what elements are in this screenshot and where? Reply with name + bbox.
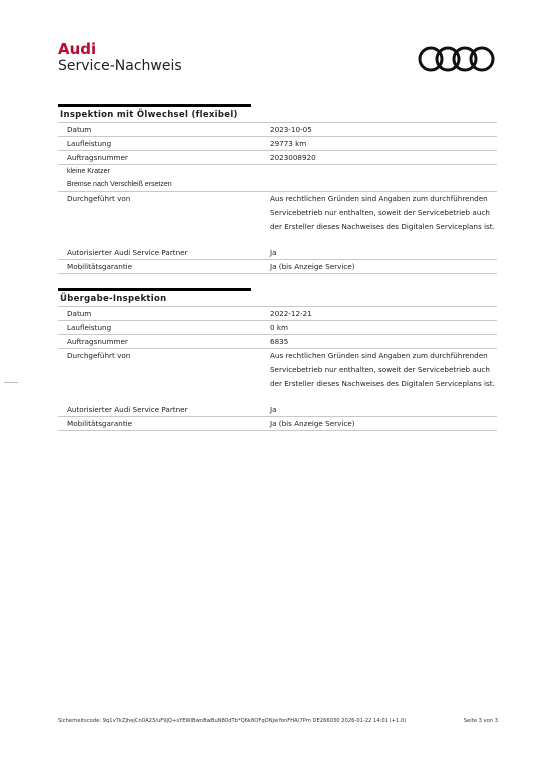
row-laufleistung: Laufleistung 0 km	[58, 320, 497, 334]
brand-name: Audi	[58, 40, 96, 58]
section-title: Übergabe-Inspektion	[58, 291, 497, 306]
note-row: kleine Kratzer	[58, 164, 497, 178]
label-datum: Datum	[58, 307, 267, 320]
row-auftragsnummer: Auftragsnummer 6835	[58, 334, 497, 348]
label-datum: Datum	[58, 123, 267, 136]
label-service-partner: Autorisierter Audi Service Partner	[58, 403, 267, 416]
row-datum: Datum 2022-12-21	[58, 306, 497, 320]
security-code: Sicherheitscode: 9q1v7kZjhejCn0A23/uF9jQ…	[58, 718, 456, 724]
section-inspektion-oelwechsel: Inspektion mit Ölwechsel (flexibel) Datu…	[58, 104, 497, 274]
row-datum: Datum 2023-10-05	[58, 122, 497, 136]
value-mobilitaetsgarantie: Ja (bis Anzeige Service)	[267, 260, 497, 273]
label-durchgefuehrt-von: Durchgeführt von	[58, 192, 267, 234]
section-title: Inspektion mit Ölwechsel (flexibel)	[58, 107, 497, 122]
note-text: Bremse nach Verschleiß ersetzen	[58, 178, 172, 191]
fold-mark	[4, 382, 18, 383]
label-laufleistung: Laufleistung	[58, 321, 267, 334]
row-mobilitaetsgarantie: Mobilitätsgarantie Ja (bis Anzeige Servi…	[58, 416, 497, 430]
document-title: Service-Nachweis	[58, 58, 182, 74]
page-footer: Sicherheitscode: 9q1v7kZjhejCn0A23/uF9jQ…	[58, 718, 498, 724]
note-text: kleine Kratzer	[58, 165, 110, 178]
page-number: Seite 3 von 3	[456, 718, 498, 724]
label-durchgefuehrt-von: Durchgeführt von	[58, 349, 267, 391]
value-service-partner: Ja	[267, 246, 497, 259]
value-datum: 2023-10-05	[267, 123, 497, 136]
value-service-partner: Ja	[267, 403, 497, 416]
row-mobilitaetsgarantie: Mobilitätsgarantie Ja (bis Anzeige Servi…	[58, 259, 497, 273]
row-durchgefuehrt-von: Durchgeführt von Aus rechtlichen Gründen…	[58, 348, 497, 403]
row-service-partner: Autorisierter Audi Service Partner Ja	[58, 403, 497, 416]
row-durchgefuehrt-von: Durchgeführt von Aus rechtlichen Gründen…	[58, 191, 497, 246]
value-laufleistung: 29773 km	[267, 137, 497, 150]
row-laufleistung: Laufleistung 29773 km	[58, 136, 497, 150]
value-durchgefuehrt-von: Aus rechtlichen Gründen sind Angaben zum…	[267, 349, 497, 391]
label-mobilitaetsgarantie: Mobilitätsgarantie	[58, 417, 267, 430]
label-auftragsnummer: Auftragsnummer	[58, 151, 267, 164]
section-bottom-rule	[58, 273, 497, 274]
value-laufleistung: 0 km	[267, 321, 497, 334]
section-bottom-rule	[58, 430, 497, 431]
value-mobilitaetsgarantie: Ja (bis Anzeige Service)	[267, 417, 497, 430]
section-uebergabe-inspektion: Übergabe-Inspektion Datum 2022-12-21 Lau…	[58, 288, 497, 431]
label-auftragsnummer: Auftragsnummer	[58, 335, 267, 348]
audi-rings-logo-icon	[418, 44, 498, 74]
value-auftragsnummer: 2023008920	[267, 151, 497, 164]
row-service-partner: Autorisierter Audi Service Partner Ja	[58, 246, 497, 259]
row-auftragsnummer: Auftragsnummer 2023008920	[58, 150, 497, 164]
value-auftragsnummer: 6835	[267, 335, 497, 348]
label-service-partner: Autorisierter Audi Service Partner	[58, 246, 267, 259]
value-durchgefuehrt-von: Aus rechtlichen Gründen sind Angaben zum…	[267, 192, 497, 234]
value-datum: 2022-12-21	[267, 307, 497, 320]
label-mobilitaetsgarantie: Mobilitätsgarantie	[58, 260, 267, 273]
label-laufleistung: Laufleistung	[58, 137, 267, 150]
note-row: Bremse nach Verschleiß ersetzen	[58, 178, 497, 191]
